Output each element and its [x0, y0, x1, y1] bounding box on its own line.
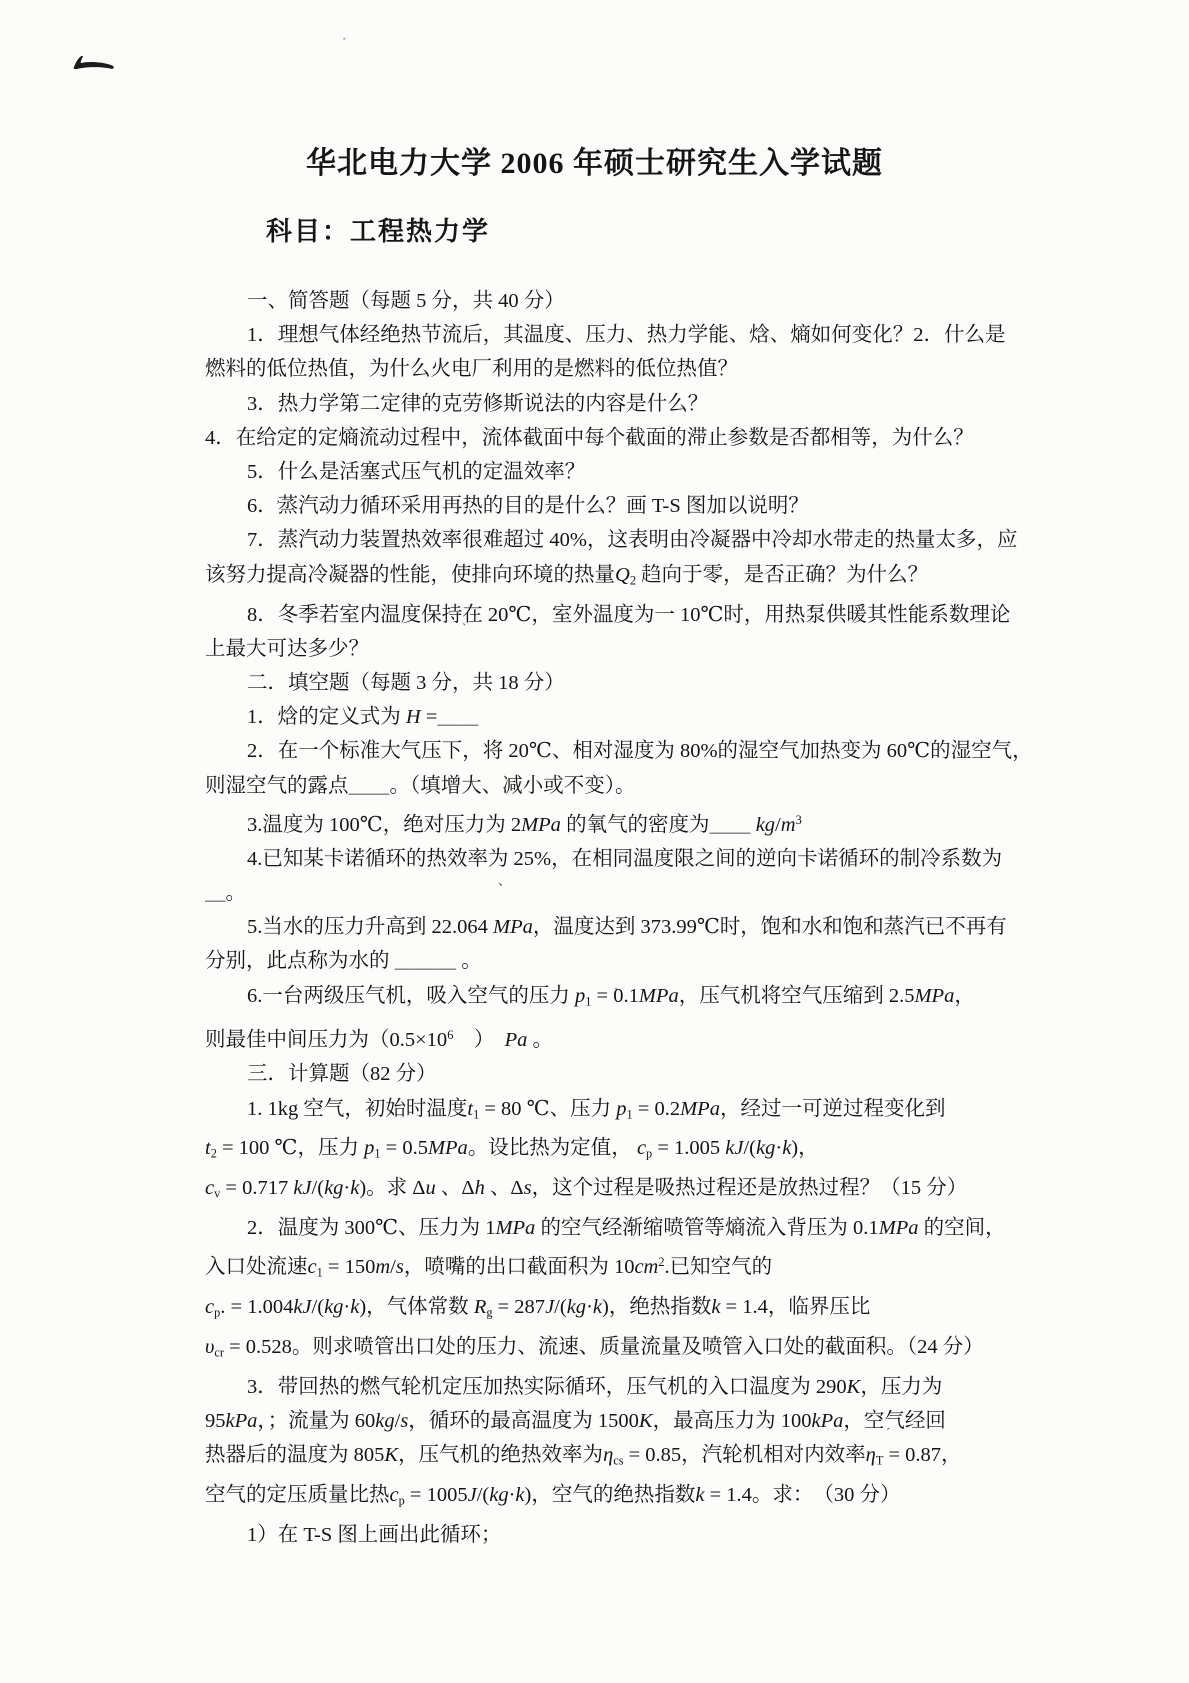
document-body: 一、简答题（每题 5 分，共 40 分）1．理想气体经绝热节流后，其温度、压力、… — [205, 284, 1069, 1552]
fill3: 3.温度为 100℃，绝对压力为 2MPa 的氧气的密度为＿＿ kg/m3 — [205, 803, 1069, 842]
fill5-line1: 5.当水的压力升高到 22.064 MPa，温度达到 373.99℃时，饱和水和… — [205, 910, 1069, 944]
calc3-line4: 空气的定压质量比热cp = 1005J/(kg·k)，空气的绝热指数k = 1.… — [205, 1478, 1069, 1518]
scan-sheet: 华北电力大学 2006 年硕士研究生入学试题 科目：工程热力学 一、简答题（每题… — [0, 0, 1189, 1683]
calc3-line3: 热器后的温度为 805K，压气机的绝热效率为ηcs = 0.85，汽轮机相对内效… — [205, 1438, 1069, 1478]
calc3-line2: 95kPa，；流量为 60kg/s，循环的最高温度为 1500K，最高压力为 1… — [205, 1404, 1069, 1438]
fill4-line2: ＿。 — [205, 876, 1069, 910]
fill6-line1: 6.一台两级压气机，吸入空气的压力 p1 = 0.1MPa，压气机将空气压缩到 … — [205, 979, 1069, 1019]
calc2-line2: 入口处流速c1 = 150m/s，喷嘴的出口截面积为 10cm2.已知空气的 — [205, 1245, 1069, 1290]
page-title: 华北电力大学 2006 年硕士研究生入学试题 — [0, 0, 1189, 182]
calc2-line3: cp. = 1.004kJ/(kg·k)，气体常数 Rg = 287J/(kg·… — [205, 1290, 1069, 1330]
section3-heading: 三．计算题（82 分） — [205, 1057, 1069, 1091]
section1-heading: 一、简答题（每题 5 分，共 40 分） — [205, 284, 1069, 318]
scan-speck: ˊ — [886, 1426, 890, 1439]
fill2-line1: 2．在一个标准大气压下，将 20℃、相对湿度为 80%的湿空气加热变为 60℃的… — [205, 734, 1069, 768]
fill5-line2: 分别，此点称为水的 ＿＿＿ 。 — [205, 944, 1069, 978]
fill6-line2: 则最佳中间压力为（0.5×106 ） Pa 。 — [205, 1018, 1069, 1057]
scan-speck: 、 — [498, 874, 511, 887]
calc2-line4: υcr = 0.528。则求喷管出口处的压力、流速、质量流量及喷管入口处的截面积… — [205, 1330, 1069, 1370]
scan-speck: ˏ — [462, 612, 466, 625]
section2-heading: 二．填空题（每题 3 分，共 18 分） — [205, 666, 1069, 700]
scan-speck: ’ — [276, 498, 280, 511]
fill1: 1．焓的定义式为 H =＿＿ — [205, 700, 1069, 734]
calc1-line1: 1. 1kg 空气，初始时温度t1 = 80 ℃、压力 p1 = 0.2MPa，… — [205, 1092, 1069, 1132]
calc1-line2: t2 = 100 ℃，压力 p1 = 0.5MPa。设比热为定值， cp = 1… — [205, 1131, 1069, 1171]
q7-line2: 该努力提高冷凝器的性能，使排向环境的热量Q2 趋向于零，是否正确？为什么？ — [205, 558, 1069, 598]
fill2-line2: 则湿空气的露点＿＿。（填增大、减小或不变）。 — [205, 769, 1069, 803]
q8-line1: 8．冬季若室内温度保持在 20℃，室外温度为一 10℃时，用热泵供暖其性能系数理… — [205, 598, 1069, 632]
scan-speck: ˋ — [614, 986, 618, 999]
scan-speck: · — [342, 32, 346, 45]
calc2-line1: 2．温度为 300℃、压力为 1MPa 的空气经渐缩喷管等熵流入背压为 0.1M… — [205, 1211, 1069, 1245]
q6: 6．蒸汽动力循环采用再热的目的是什么？画 T-S 图加以说明？ — [205, 489, 1069, 523]
calc3-sub1: 1）在 T-S 图上画出此循环； — [205, 1518, 1069, 1552]
q7-line1: 7．蒸汽动力装置热效率很难超过 40%，这表明由冷凝器中冷却水带走的热量太多，应 — [205, 523, 1069, 557]
calc3-line1: 3．带回热的燃气轮机定压加热实际循环，压气机的入口温度为 290K，压力为 — [205, 1370, 1069, 1404]
q8-line2: 上最大可达多少？ — [205, 632, 1069, 666]
subject-line: 科目：工程热力学 — [266, 216, 1189, 248]
q1-line1: 1．理想气体经绝热节流后，其温度、压力、热力学能、焓、熵如何变化？2．什么是 — [205, 318, 1069, 352]
q3: 3．热力学第二定律的克劳修斯说法的内容是什么？ — [205, 387, 1069, 421]
q5: 5．什么是活塞式压气机的定温效率？ — [205, 455, 1069, 489]
q1-line2: 燃料的低位热值，为什么火电厂利用的是燃料的低位热值？ — [205, 352, 1069, 386]
handwritten-mark — [70, 46, 122, 76]
q4: 4．在给定的定熵流动过程中，流体截面中每个截面的滞止参数是否都相等，为什么？ — [205, 421, 1069, 455]
fill4-line1: 4.已知某卡诺循环的热效率为 25%，在相同温度限之间的逆向卡诺循环的制冷系数为 — [205, 842, 1069, 876]
calc1-line3: cv = 0.717 kJ/(kg·k)。求 Δu 、Δh 、Δs，这个过程是吸… — [205, 1171, 1069, 1211]
